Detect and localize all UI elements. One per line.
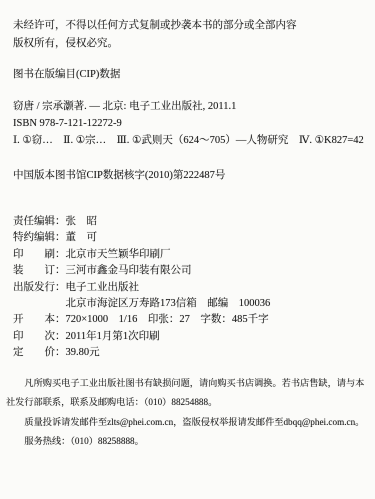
purchase-notices: 凡所购买电子工业出版社图书有缺损问题，请向购买书店调换。若书店售缺，请与本社发行… bbox=[6, 374, 367, 452]
pub-row-price: 定 价：39.80元 bbox=[13, 345, 367, 361]
quality-complaint-notice: 质量投诉请发邮件至zlts@phei.com.cn，盗版侵权举报请发邮件至dbq… bbox=[6, 413, 367, 433]
copyright-notice-line2: 版权所有，侵权必究。 bbox=[13, 35, 367, 53]
pub-row-printer: 印 刷：北京市天竺颖华印刷厂 bbox=[13, 247, 367, 263]
isbn: ISBN 978-7-121-12272-9 bbox=[13, 115, 367, 132]
pub-row-format: 开 本：720×1000 1/16 印张：27 字数：485千字 bbox=[13, 312, 367, 328]
copyright-notice: 未经许可，不得以任何方式复制或抄袭本书的部分或全部内容 版权所有，侵权必究。 bbox=[13, 17, 367, 53]
pub-row-binding: 装 订：三河市鑫金马印装有限公司 bbox=[13, 263, 367, 279]
publication-info: 责任编辑：张 昭 特约编辑：董 可 印 刷：北京市天竺颖华印刷厂 装 订：三河市… bbox=[13, 214, 367, 362]
copyright-page: 未经许可，不得以任何方式复制或抄袭本书的部分或全部内容 版权所有，侵权必究。 图… bbox=[0, 0, 375, 499]
pub-row-publisher: 出版发行：电子工业出版社 bbox=[13, 280, 367, 296]
cip-title-line: 窃唐 / 宗承灏著. — 北京: 电子工业出版社, 2011.1 bbox=[13, 98, 367, 115]
cip-entry: 窃唐 / 宗承灏著. — 北京: 电子工业出版社, 2011.1 ISBN 97… bbox=[13, 98, 367, 149]
pub-row-special-editor: 特约编辑：董 可 bbox=[13, 230, 367, 246]
pub-row-editor: 责任编辑：张 昭 bbox=[13, 214, 367, 230]
pub-row-address: 北京市海淀区万寿路173信箱 邮编 100036 bbox=[13, 296, 367, 312]
cip-classification: Ⅰ. ①窃… Ⅱ. ①宗… Ⅲ. ①武则天（624～705）—人物研究 Ⅳ. ①… bbox=[13, 132, 367, 149]
service-hotline: 服务热线：（010）88258888。 bbox=[6, 432, 367, 452]
cip-header: 图书在版编目(CIP)数据 bbox=[13, 66, 367, 84]
cip-record-number: 中国版本图书馆CIP数据核字(2010)第222487号 bbox=[13, 167, 367, 185]
pub-row-impression: 印 次：2011年1月第1次印刷 bbox=[13, 329, 367, 345]
defect-exchange-notice: 凡所购买电子工业出版社图书有缺损问题，请向购买书店调换。若书店售缺，请与本社发行… bbox=[6, 374, 367, 413]
copyright-notice-line1: 未经许可，不得以任何方式复制或抄袭本书的部分或全部内容 bbox=[13, 17, 367, 35]
